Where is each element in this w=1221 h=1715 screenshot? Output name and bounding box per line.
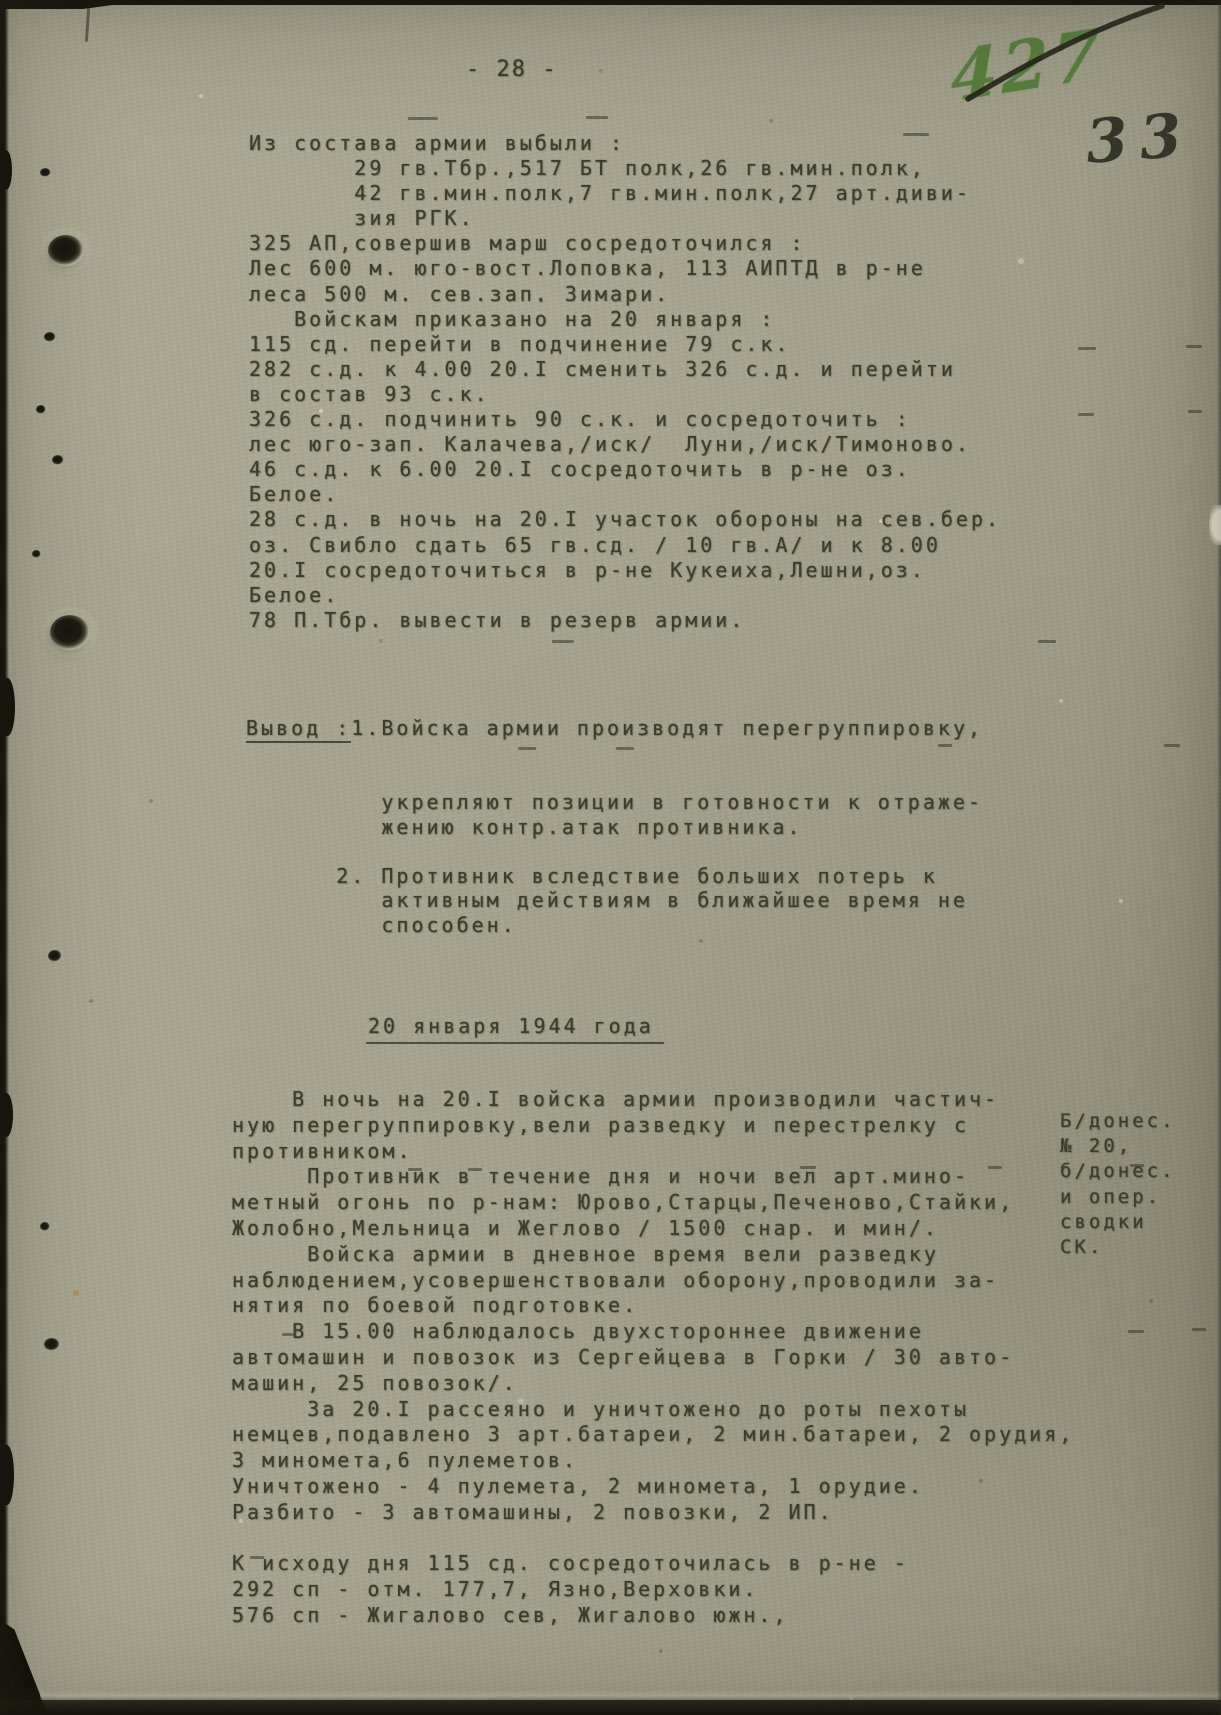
text-line: 326 с.д. подчинить 90 с.к. и сосредоточи…: [249, 407, 1001, 432]
typewriter-smudge: [282, 1333, 294, 1336]
scan-edge-bump: [0, 1445, 14, 1505]
conclusion-first-line: Вывод :1.Войска армии производят перегру…: [246, 716, 983, 741]
typewriter-smudge: [586, 116, 608, 119]
text-line: 292 сп - отм. 177,7, Язно,Верховки.: [232, 1577, 1074, 1603]
typewriter-smudge: [1038, 640, 1056, 643]
typewriter-smudge: [552, 640, 574, 643]
handwritten-folio-number: 33: [1084, 100, 1196, 177]
text-line: [232, 1526, 1074, 1552]
punch-hole: [32, 550, 41, 558]
text-line: машин, 25 повозок/.: [232, 1371, 1074, 1397]
typewriter-smudge: [518, 747, 536, 750]
typewriter-smudge: [1078, 413, 1094, 416]
text-line: СК.: [1060, 1235, 1176, 1260]
text-line: Противник в течение дня и ночи вел арт.м…: [232, 1164, 1074, 1190]
text-line: Из состава армии выбыли :: [249, 131, 1001, 156]
typewriter-smudge: [1130, 1164, 1144, 1167]
text-line: 325 АП,совершив марш сосредоточился :: [249, 231, 1001, 256]
text-line: В ночь на 20.I войска армии производили …: [232, 1087, 1074, 1113]
text-line: активным действиям в ближайшее время не: [246, 888, 983, 913]
text-line: № 20,: [1060, 1134, 1176, 1159]
text-line: 78 П.Тбр. вывести в резерв армии.: [249, 608, 1001, 633]
conclusion-first-text: 1.Войска армии производят перегруппировк…: [351, 716, 983, 740]
punch-hole: [44, 1338, 60, 1351]
punch-hole: [48, 235, 84, 266]
text-line: Белое.: [249, 482, 1001, 507]
typewriter-smudge: [1164, 744, 1180, 747]
text-line: 28 с.д. в ночь на 20.I участок обороны н…: [249, 507, 1001, 532]
text-line: леса 500 м. сев.зап. Зимари.: [249, 282, 1001, 307]
scan-edge-bump: [0, 150, 12, 190]
page-number: - 28 -: [466, 57, 557, 82]
paper-tear-right: [1209, 505, 1221, 545]
text-line: Жолобно,Мельница и Жеглово / 1500 снар. …: [232, 1216, 1074, 1242]
punch-hole: [36, 405, 46, 414]
typewriter-smudge: [800, 1166, 816, 1169]
text-line: 576 сп - Жигалово сев, Жигалово южн.,: [232, 1603, 1074, 1629]
text-line: В 15.00 наблюдалось двухстороннее движен…: [232, 1319, 1074, 1345]
text-line: Б/донес.: [1060, 1109, 1176, 1134]
scan-edge-right: [1217, 0, 1221, 1715]
text-line: б/донес.: [1060, 1159, 1176, 1184]
text-line: Лес 600 м. юго-вост.Лоповка, 113 АИПТД в…: [249, 256, 1001, 281]
fold-mark: [85, 8, 90, 42]
text-line: 2. Противник вследствие больших потерь к: [246, 864, 983, 889]
typewriter-smudge: [1128, 1330, 1144, 1333]
document-page: - 28 - Из состава армии выбыли : 29 гв.Т…: [0, 0, 1221, 1715]
text-line: Уничтожено - 4 пулемета, 2 миномета, 1 о…: [232, 1474, 1074, 1500]
typewriter-smudge: [1078, 347, 1096, 350]
punch-hole: [44, 332, 56, 342]
section-departures-and-orders: Из состава армии выбыли : 29 гв.Тбр.,517…: [249, 131, 1001, 633]
margin-note: Б/донес.№ 20,б/донес.и опер.сводкиСК.: [1060, 1109, 1176, 1260]
text-line: ную перегруппировку,вели разведку и пере…: [232, 1113, 1074, 1139]
text-line: автомашин и повозок из Сергейцева в Горк…: [232, 1345, 1074, 1371]
text-line: Белое.: [249, 583, 1001, 608]
text-line: 282 с.д. к 4.00 20.I сменить 326 с.д. и …: [249, 357, 1001, 382]
text-line: Войскам приказано на 20 января :: [249, 307, 1001, 332]
text-line: способен.: [246, 913, 983, 938]
paper-bottom-edge: [40, 1690, 1221, 1700]
text-line: К исходу дня 115 сд. сосредоточилась в р…: [232, 1551, 1074, 1577]
typewriter-smudge: [408, 117, 438, 120]
text-line: нятия по боевой подготовке.: [232, 1293, 1074, 1319]
punch-hole: [40, 168, 51, 177]
text-line: [246, 839, 983, 864]
typewriter-smudge: [938, 744, 952, 747]
text-line: 20.I сосредоточиться в р-не Кукеиха,Лешн…: [249, 558, 1001, 583]
typewriter-smudge: [250, 1556, 264, 1559]
text-line: Разбито - 3 автомашины, 2 повозки, 2 ИП.: [232, 1500, 1074, 1526]
text-line: лес юго-зап. Калачева,/иск/ Луни,/иск/Ти…: [249, 432, 1001, 457]
text-line: метный огонь по р-нам: Юрово,Старцы,Пече…: [232, 1190, 1074, 1216]
conclusion-label: Вывод :: [246, 716, 351, 743]
typewriter-smudge: [616, 747, 634, 750]
scan-edge-bottom: [0, 1700, 1221, 1715]
text-line: За 20.I рассеяно и уничтожено до роты пе…: [232, 1397, 1074, 1423]
punch-hole: [52, 455, 64, 465]
date-heading: 20 января 1944 года: [366, 1014, 664, 1044]
text-line: Войска армии в дневное время вели развед…: [232, 1242, 1074, 1268]
text-line: сводки: [1060, 1210, 1176, 1235]
punch-hole: [40, 1222, 50, 1231]
scan-edge-bump: [0, 1093, 13, 1137]
typewriter-smudge: [468, 1168, 482, 1171]
text-line: в состав 93 с.к.: [249, 382, 1001, 407]
text-line: жению контр.атак противника.: [246, 815, 983, 840]
text-line: наблюдением,усовершенствовали оборону,пр…: [232, 1268, 1074, 1294]
text-line: 115 сд. перейти в подчинение 79 с.к.: [249, 332, 1001, 357]
punch-hole: [48, 950, 62, 962]
typewriter-smudge: [1192, 1328, 1206, 1331]
typewriter-smudge: [988, 1166, 1002, 1169]
section-conclusion: Вывод :1.Войска армии производят перегру…: [246, 667, 983, 938]
text-line: и опер.: [1060, 1185, 1176, 1210]
text-line: 46 с.д. к 6.00 20.I сосредоточить в р-не…: [249, 457, 1001, 482]
text-line: немцев,подавлено 3 арт.батареи, 2 мин.ба…: [232, 1422, 1074, 1448]
typewriter-smudge: [1188, 410, 1202, 413]
text-line: противником.: [232, 1139, 1074, 1165]
section-jan20-report: В ночь на 20.I войска армии производили …: [232, 1087, 1074, 1629]
text-line: 3 миномета,6 пулеметов.: [232, 1448, 1074, 1474]
text-line: зия РГК.: [249, 206, 1001, 231]
typewriter-smudge: [1186, 345, 1202, 348]
scan-edge-top: [0, 0, 1221, 5]
punch-hole: [50, 615, 90, 650]
handwritten-crossed-number: 427: [950, 14, 1103, 119]
text-line: укрепляют позиции в готовности к отраже-: [246, 790, 983, 815]
typewriter-smudge: [408, 1168, 422, 1171]
text-line: оз. Свибло сдать 65 гв.сд. / 10 гв.А/ и …: [249, 533, 1001, 558]
text-line: 29 гв.Тбр.,517 БТ полк,26 гв.мин.полк,: [249, 156, 1001, 181]
scan-edge-bump: [0, 678, 15, 736]
text-line: 42 гв.мин.полк,7 гв.мин.полк,27 арт.диви…: [249, 181, 1001, 206]
typewriter-smudge: [903, 133, 929, 136]
